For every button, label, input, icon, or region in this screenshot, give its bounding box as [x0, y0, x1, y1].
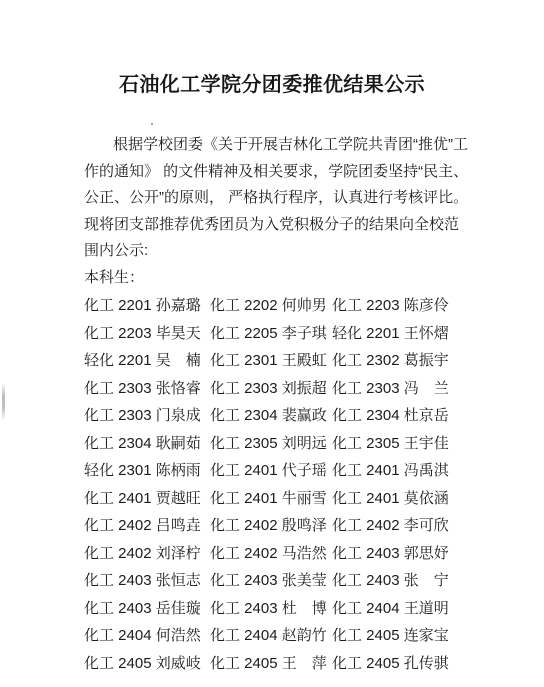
- roster-cell: 化工 2303 张恪睿: [84, 375, 210, 403]
- roster-cell: 化工 2205 李子琪: [210, 320, 332, 348]
- roster-cell: 化工 2201 孙嘉璐: [84, 292, 210, 320]
- roster-cell: 化工 2404 赵韵竹: [210, 622, 332, 650]
- roster-row: 化工 2404 何浩然 化工 2404 赵韵竹 化工 2405 连家宝: [84, 622, 449, 650]
- roster-cell: 化工 2305 王宇佳: [332, 430, 449, 458]
- roster-cell: 化工 2305 刘明远: [210, 430, 332, 458]
- roster-cell: 化工 2403 张美莹: [210, 567, 332, 595]
- roster-row: 化工 2203 毕昊天 化工 2205 李子琪 轻化 2201 王怀熠: [84, 320, 449, 348]
- roster-cell: 化工 2303 冯 兰: [332, 375, 449, 403]
- paragraph-line: 作的通知》 的文件精神及相关要求，学院团委坚持“民主、: [84, 159, 456, 186]
- roster-cell: 化工 2402 吕鸣垚: [84, 512, 210, 540]
- roster-row: 化工 2405 刘威岐 化工 2405 王 萍 化工 2405 孔传骐: [84, 650, 449, 678]
- roster-row: 化工 2402 刘泽柠 化工 2402 马浩然 化工 2403 郭思妤: [84, 540, 449, 568]
- roster-list: 化工 2201 孙嘉璐 化工 2202 何帅男 化工 2203 陈彦伶 化工 2…: [84, 292, 449, 677]
- paragraph-line: 现将团支部推荐优秀团员为入党积极分子的结果向全校范: [84, 212, 456, 239]
- roster-cell: 化工 2403 杜 博: [210, 595, 332, 623]
- roster-row: 轻化 2301 陈柄雨 化工 2401 代子瑶 化工 2401 冯禹淇: [84, 457, 449, 485]
- roster-cell: 化工 2202 何帅男: [210, 292, 332, 320]
- roster-cell: 化工 2401 莫依涵: [332, 485, 449, 513]
- roster-cell: 化工 2302 葛振宇: [332, 347, 449, 375]
- scan-noise-dot-artifact: [151, 123, 153, 125]
- roster-cell: 化工 2403 张 宁: [332, 567, 449, 595]
- paragraph-line: 围内公示:: [84, 238, 456, 265]
- section-label-undergraduates: 本科生：: [84, 265, 144, 292]
- roster-cell: 化工 2401 牛丽雪: [210, 485, 332, 513]
- roster-cell: 化工 2401 贾越旺: [84, 485, 210, 513]
- roster-cell: 化工 2203 陈彦伶: [332, 292, 449, 320]
- roster-cell: 化工 2402 李可欣: [332, 512, 449, 540]
- roster-cell: 轻化 2201 吴 楠: [84, 347, 210, 375]
- roster-cell: 化工 2405 刘威岐: [84, 650, 210, 678]
- roster-row: 化工 2403 岳佳璇 化工 2403 杜 博 化工 2404 王道明: [84, 595, 449, 623]
- roster-row: 化工 2303 门泉成 化工 2304 裴赢政 化工 2304 杜京岳: [84, 402, 449, 430]
- roster-row: 化工 2303 张恪睿 化工 2303 刘振超 化工 2303 冯 兰: [84, 375, 449, 403]
- roster-cell: 化工 2303 门泉成: [84, 402, 210, 430]
- roster-cell: 轻化 2201 王怀熠: [332, 320, 449, 348]
- roster-cell: 轻化 2301 陈柄雨: [84, 457, 210, 485]
- roster-row: 化工 2401 贾越旺 化工 2401 牛丽雪 化工 2401 莫依涵: [84, 485, 449, 513]
- scanned-document-page: 石油化工学院分团委推优结果公示 根据学校团委《关于开展吉林化工学院共青团“推优”…: [0, 0, 544, 687]
- roster-cell: 化工 2403 岳佳璇: [84, 595, 210, 623]
- roster-cell: 化工 2304 裴赢政: [210, 402, 332, 430]
- roster-cell: 化工 2203 毕昊天: [84, 320, 210, 348]
- roster-cell: 化工 2303 刘振超: [210, 375, 332, 403]
- roster-row: 化工 2403 张恒志 化工 2403 张美莹 化工 2403 张 宁: [84, 567, 449, 595]
- roster-cell: 化工 2404 何浩然: [84, 622, 210, 650]
- roster-row: 化工 2402 吕鸣垚 化工 2402 殷鸣泽 化工 2402 李可欣: [84, 512, 449, 540]
- paragraph-line: 根据学校团委《关于开展吉林化工学院共青团“推优”工: [84, 132, 456, 159]
- roster-cell: 化工 2402 刘泽柠: [84, 540, 210, 568]
- paragraph-line: 公正、公开”的原则， 严格执行程序，认真进行考核评比。: [84, 185, 456, 212]
- roster-cell: 化工 2404 王道明: [332, 595, 449, 623]
- roster-row: 化工 2201 孙嘉璐 化工 2202 何帅男 化工 2203 陈彦伶: [84, 292, 449, 320]
- roster-cell: 化工 2405 连家宝: [332, 622, 449, 650]
- roster-row: 轻化 2201 吴 楠 化工 2301 王殿虹 化工 2302 葛振宇: [84, 347, 449, 375]
- roster-row: 化工 2304 耿嗣茹 化工 2305 刘明远 化工 2305 王宇佳: [84, 430, 449, 458]
- roster-cell: 化工 2304 耿嗣茹: [84, 430, 210, 458]
- roster-cell: 化工 2403 张恒志: [84, 567, 210, 595]
- roster-cell: 化工 2403 郭思妤: [332, 540, 449, 568]
- roster-cell: 化工 2405 王 萍: [210, 650, 332, 678]
- roster-cell: 化工 2401 冯禹淇: [332, 457, 449, 485]
- roster-cell: 化工 2405 孔传骐: [332, 650, 449, 678]
- intro-paragraph: 根据学校团委《关于开展吉林化工学院共青团“推优”工 作的通知》 的文件精神及相关…: [84, 132, 456, 265]
- document-title: 石油化工学院分团委推优结果公示: [0, 68, 544, 97]
- roster-cell: 化工 2402 马浩然: [210, 540, 332, 568]
- roster-cell: 化工 2402 殷鸣泽: [210, 512, 332, 540]
- roster-cell: 化工 2301 王殿虹: [210, 347, 332, 375]
- roster-cell: 化工 2401 代子瑶: [210, 457, 332, 485]
- scan-smudge-artifact: [2, 383, 5, 421]
- roster-cell: 化工 2304 杜京岳: [332, 402, 449, 430]
